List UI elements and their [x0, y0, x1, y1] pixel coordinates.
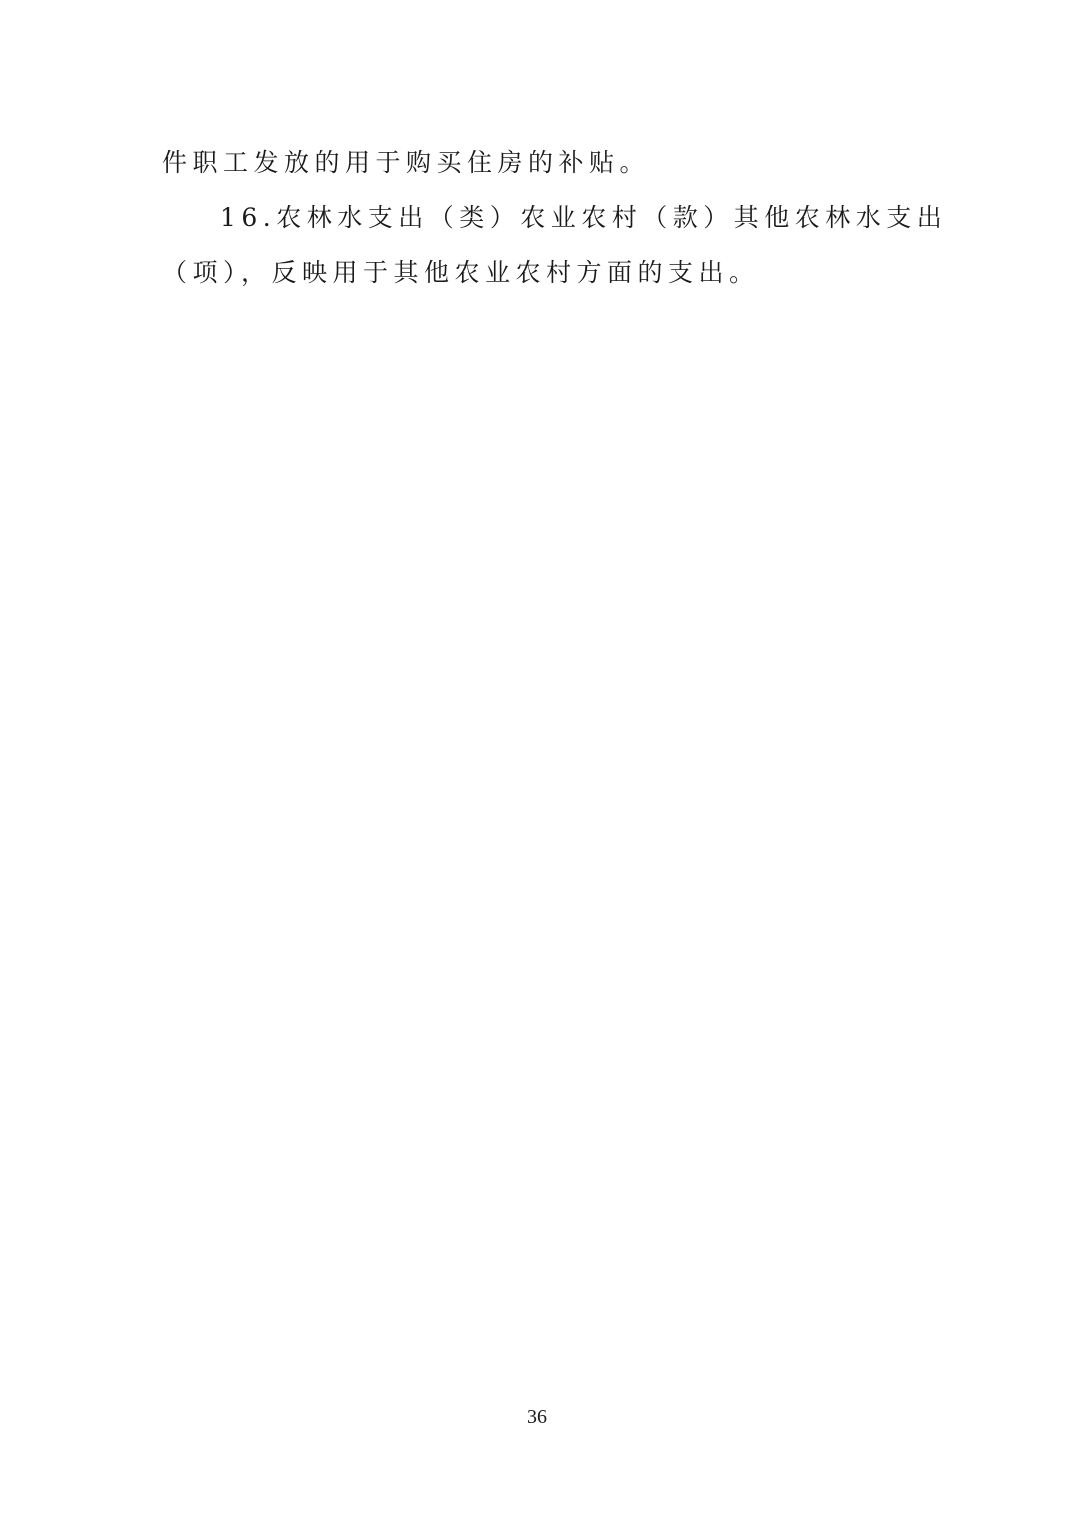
paragraph-item-16-line-1: 16.农林水支出（类）农业农村（款）其他农林水支出	[220, 203, 947, 233]
paragraph-continuation-line: 件职工发放的用于购买住房的补贴。	[162, 148, 650, 178]
page-number: 36	[0, 1405, 1074, 1429]
document-page: 件职工发放的用于购买住房的补贴。 16.农林水支出（类）农业农村（款）其他农林水…	[0, 0, 1074, 1520]
paragraph-item-16-line-2: （项），反映用于其他农业农村方面的支出。	[162, 258, 760, 288]
